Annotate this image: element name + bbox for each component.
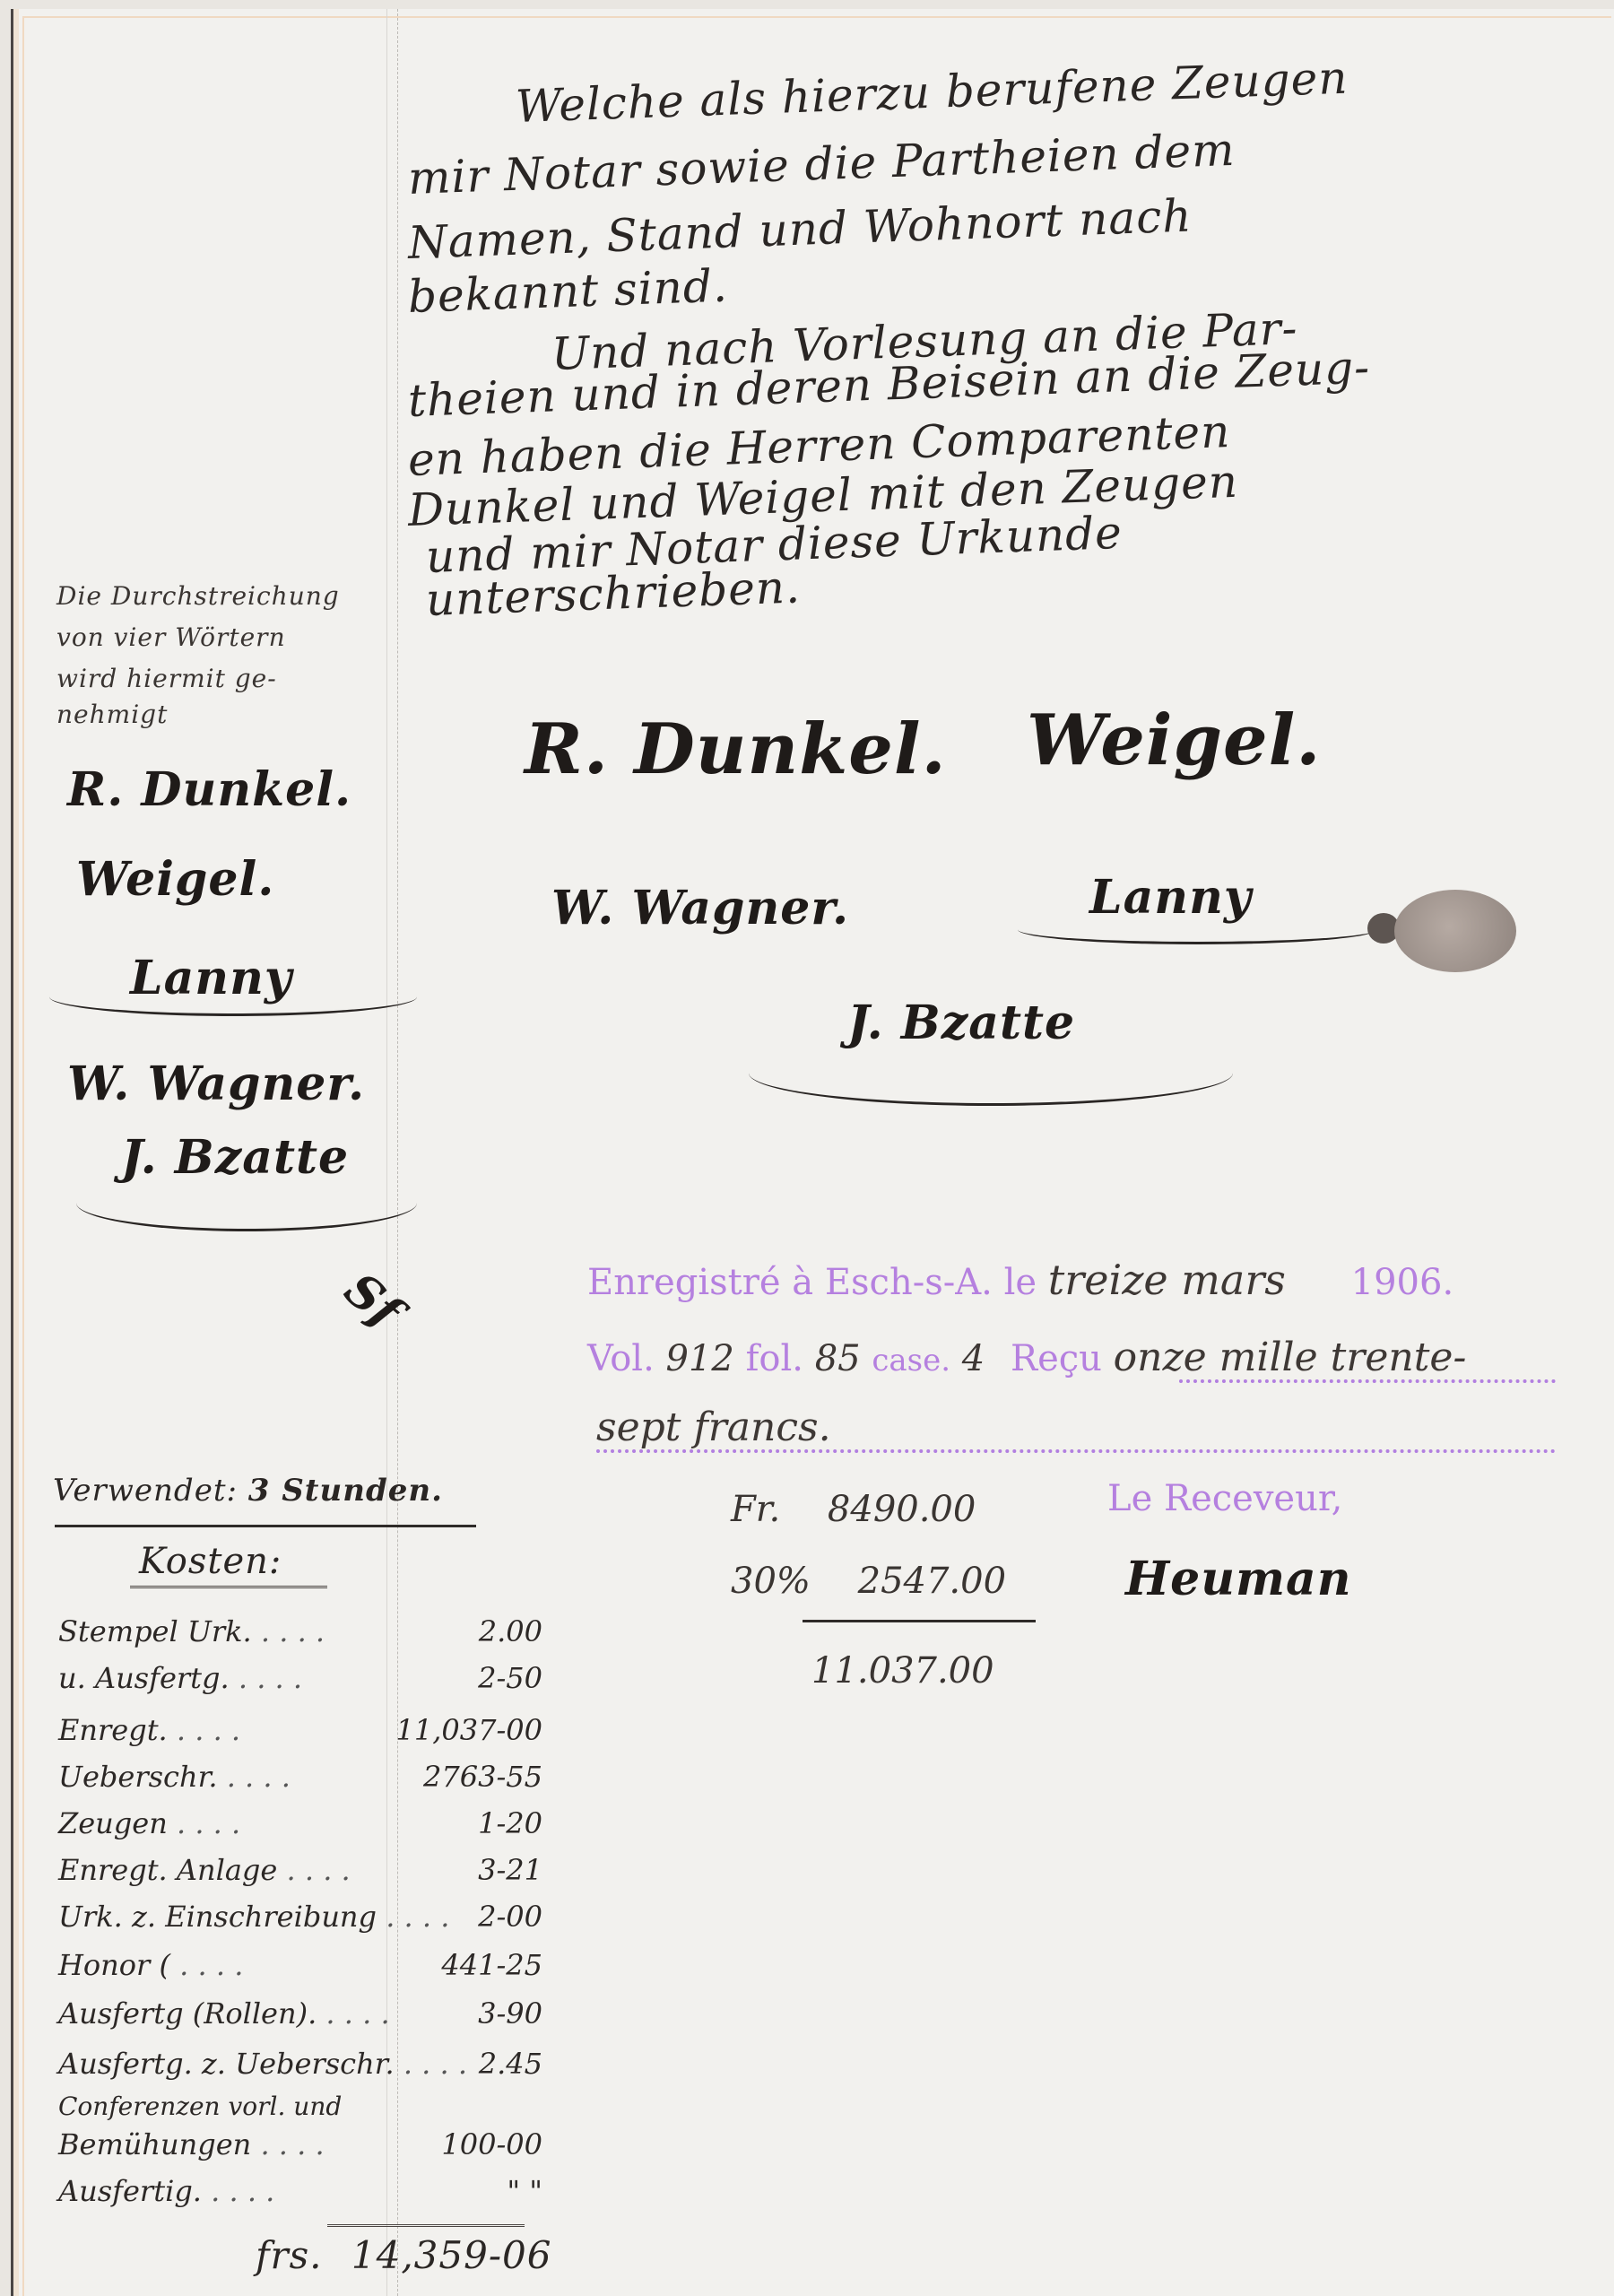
cost-label: Bemühungen (58, 2127, 325, 2161)
cost-item: Zeugen1-20 (58, 1806, 542, 1853)
cost-label: Ausfertig. (58, 2174, 274, 2208)
costs-total-value: 14,359-06 (351, 2233, 552, 2277)
cost-value: 100-00 (434, 2127, 542, 2161)
margin-note-line: wird hiermit ge- (56, 664, 277, 693)
time-used-value: 3 Stunden. (248, 1473, 443, 1509)
cost-item: Enregt. Anlage3-21 (58, 1853, 542, 1900)
margin-note-line: Die Durchstreichung (56, 581, 340, 611)
cost-label: Stempel Urk. (58, 1614, 325, 1648)
stamp-dotted-line (596, 1449, 1556, 1453)
cost-value: 11,037-00 (389, 1713, 543, 1747)
cost-item: Ueberschr.2763-55 (58, 1760, 542, 1806)
divider (55, 1525, 476, 1527)
stamp-recu-amount-cont: sept francs. (596, 1405, 831, 1450)
total-overline (327, 2224, 525, 2227)
cost-label: Ausfertg (Rollen). (58, 1996, 390, 2031)
amount-value: 2547.00 (858, 1561, 1006, 1602)
costs-total: frs. 14,359-06 (256, 2233, 551, 2277)
cost-item: u. Ausfertg.2-50 (58, 1661, 542, 1708)
cost-value: 2763-55 (416, 1760, 542, 1794)
stamp-line-1: Enregistré à Esch-s-A. le treize mars 19… (587, 1256, 1453, 1304)
cost-label: Honor ( (58, 1948, 243, 1982)
cost-item: Bemühungen100-00 (58, 2127, 542, 2174)
stamp-fol-label: fol. (746, 1338, 803, 1379)
cost-value: 1-20 (471, 1806, 542, 1840)
cost-label: Zeugen (58, 1806, 240, 1840)
signature-dunkel: R. Dunkel. (525, 709, 947, 790)
stamp-year: 1906. (1351, 1262, 1454, 1303)
receveur-signature: Heuman (1125, 1552, 1352, 1606)
stamp-case-label: case. (872, 1343, 950, 1378)
stamp-dotted-line (1179, 1379, 1556, 1383)
signature-flourish (749, 1040, 1233, 1106)
cost-label: Ueberschr. (58, 1760, 291, 1794)
cost-label: Urk. z. Einschreibung (58, 1900, 449, 1934)
cost-value: 441-25 (434, 1948, 542, 1982)
stamp-date: treize mars (1048, 1256, 1286, 1304)
cost-item: Ausfertg (Rollen).3-90 (58, 1996, 542, 2043)
signature-flourish (49, 978, 417, 1016)
stamp-case-value: 4 (962, 1338, 985, 1379)
document-page: Welche als hierzu berufene Zeugen mir No… (11, 9, 1614, 2296)
cost-value: 3-90 (471, 1996, 542, 2031)
cost-item: Stempel Urk.2.00 (58, 1614, 542, 1661)
wax-seal (1394, 890, 1516, 972)
stamp-recu-label: Reçu (1011, 1338, 1102, 1379)
cost-label: Enregt. (58, 1713, 240, 1747)
cost-label: Ausfertg. z. Ueberschr. (58, 2047, 467, 2081)
stamp-line-2: Vol. 912 fol. 85 case. 4 Reçu onze mille… (587, 1335, 1466, 1380)
stamp-vol-value: 912 (666, 1338, 734, 1379)
cost-value: 2-50 (471, 1661, 542, 1695)
stamp-vol-label: Vol. (587, 1338, 655, 1379)
margin-note-line: nehmigt (56, 700, 168, 729)
amount-label: 30% (731, 1561, 811, 1602)
cost-label: Conferenzen vorl. und (58, 2092, 342, 2121)
stamp-enregistre: Enregistré à Esch-s-A. le (587, 1262, 1037, 1303)
cost-item: Urk. z. Einschreibung2-00 (58, 1900, 542, 1946)
cost-item: Honor (441-25 (58, 1948, 542, 1995)
amount-total: 11.037.00 (811, 1650, 994, 1692)
stamp-fol-value: 85 (815, 1338, 861, 1379)
stamp-line-3: sept francs. (596, 1405, 831, 1450)
sum-line (803, 1620, 1036, 1622)
signature-weigel: Weigel. (1027, 700, 1321, 781)
signature-flourish (76, 1175, 417, 1231)
cost-value: 2.00 (472, 1614, 542, 1648)
amount-label: Fr. (731, 1489, 780, 1530)
cost-label: u. Ausfertg. (58, 1661, 302, 1695)
signature-flourish (1018, 915, 1376, 944)
cost-item: Ausfertg. z. Ueberschr.2.45 (58, 2047, 542, 2093)
amount-row: 30% 2547.00 (731, 1561, 1006, 1602)
signature-wagner: W. Wagner. (551, 881, 849, 935)
margin-signature-wagner: W. Wagner. (67, 1057, 365, 1111)
cost-value: " " (499, 2174, 542, 2208)
cost-label: Enregt. Anlage (58, 1853, 351, 1887)
time-used: Verwendet: 3 Stunden. (53, 1473, 443, 1509)
body-line: bekannt sind. (407, 260, 729, 323)
margin-signature-dunkel: R. Dunkel. (67, 762, 351, 817)
amount-value: 8490.00 (828, 1489, 976, 1530)
stamp-receveur-label: Le Receveur, (1107, 1478, 1342, 1519)
cost-value: 3-21 (471, 1853, 542, 1887)
time-used-label: Verwendet: (53, 1473, 238, 1509)
amount-row: Fr. 8490.00 (731, 1489, 976, 1530)
costs-total-label: frs. (256, 2233, 323, 2277)
costs-title: Kosten: (139, 1541, 282, 1582)
cost-value: 2-00 (471, 1900, 542, 1934)
margin-note-line: von vier Wörtern (56, 622, 286, 652)
costs-title-underline (130, 1586, 327, 1588)
stamp-recu-amount: onze mille trente- (1114, 1335, 1467, 1380)
margin-signature-weigel: Weigel. (76, 852, 274, 907)
cost-value: 2.45 (472, 2047, 542, 2081)
cost-item: Enregt.11,037-00 (58, 1713, 542, 1760)
cost-item: Ausfertig." " (58, 2174, 542, 2221)
